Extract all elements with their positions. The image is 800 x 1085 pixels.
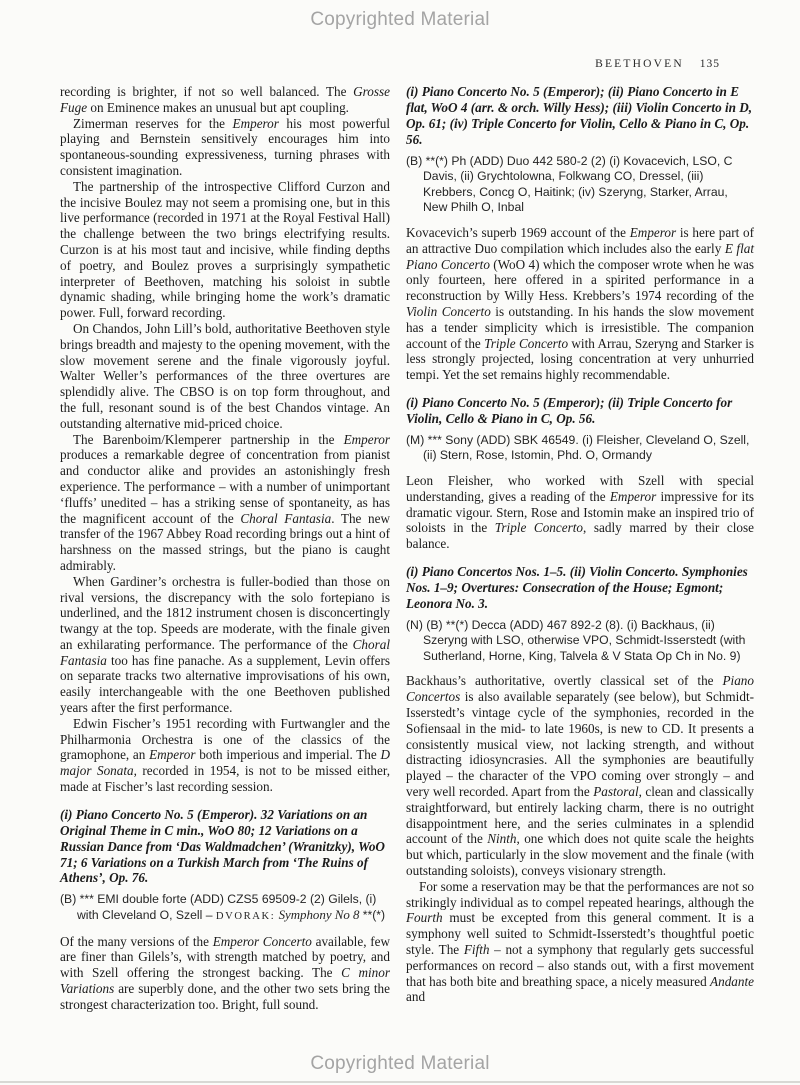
text-run: **(*) (363, 908, 385, 922)
italic-run: Pastoral (593, 784, 638, 799)
italic-run: Choral Fantasia (240, 511, 331, 526)
column-left: recording is brighter, if not so well ba… (60, 84, 390, 1013)
record-entry: (N) (B) **(*) Decca (ADD) 467 892-2 (8).… (406, 618, 754, 665)
copyright-notice-top: Copyrighted Material (0, 9, 800, 31)
text-run: (B) **(*) Ph (ADD) Duo 442 580-2 (2) (i)… (406, 154, 732, 215)
paragraph: Zimerman reserves for the Emperor his mo… (60, 116, 390, 179)
paragraph: Edwin Fischer’s 1951 recording with Furt… (60, 716, 390, 795)
page-edge-line (0, 1081, 800, 1083)
text-run: Of the many versions of the (60, 934, 213, 949)
text-run: (i) Piano Concerto No. 5 (Emperor); (ii)… (406, 395, 732, 426)
record-entry: (M) *** Sony (ADD) SBK 46549. (i) Fleish… (406, 433, 754, 464)
italic-run: Violin Concerto (406, 304, 491, 319)
italic-run: Emperor Concerto (213, 934, 312, 949)
text-run: on Eminence makes an unusual but apt cou… (87, 100, 349, 115)
copyright-notice-bottom: Copyrighted Material (0, 1053, 800, 1075)
italic-run: Triple Concerto (484, 336, 568, 351)
italic-run: Andante (710, 974, 754, 989)
work-heading: (i) Piano Concerto No. 5 (Emperor); (ii)… (406, 84, 754, 148)
paragraph: When Gardiner’s orchestra is fuller-bodi… (60, 574, 390, 716)
page-number: 135 (700, 58, 720, 70)
section-title: BEETHOVEN (595, 58, 684, 70)
text-run: Zimerman reserves for the (73, 116, 233, 131)
book-page: Copyrighted Material BEETHOVEN 135 recor… (0, 0, 800, 1085)
work-heading: (i) Piano Concerto No. 5 (Emperor). 32 V… (60, 807, 390, 887)
text-run: (i) Piano Concertos Nos. 1–5. (ii) Violi… (406, 564, 748, 611)
running-head: BEETHOVEN 135 (595, 58, 720, 70)
text-run: recording is brighter, if not so well ba… (60, 84, 353, 99)
paragraph: recording is brighter, if not so well ba… (60, 84, 390, 116)
paragraph: Of the many versions of the Emperor Conc… (60, 934, 390, 1013)
italic-run: Emperor (344, 432, 390, 447)
text-run: too has fine panache. As a supplement, L… (60, 653, 390, 715)
page-content: recording is brighter, if not so well ba… (60, 84, 754, 1013)
column-right: (i) Piano Concerto No. 5 (Emperor); (ii)… (406, 84, 754, 1013)
italic-run: Ninth (487, 831, 516, 846)
text-run: both imperious and imperial. The (195, 747, 380, 762)
paragraph: Leon Fleisher, who worked with Szell wit… (406, 473, 754, 552)
work-heading: (i) Piano Concerto No. 5 (Emperor); (ii)… (406, 395, 754, 427)
italic-run: Emperor (233, 116, 279, 131)
paragraph: Kovacevich’s superb 1969 account of the … (406, 225, 754, 383)
text-run: Backhaus’s authoritative, overtly classi… (406, 673, 722, 688)
record-entry: (B) *** EMI double forte (ADD) CZS5 6950… (60, 892, 390, 924)
text-run: The Barenboim/Klemperer partnership in t… (73, 432, 344, 447)
text-run: and (406, 989, 425, 1004)
text-run: (i) Piano Concerto No. 5 (Emperor); (ii)… (406, 84, 752, 147)
paragraph: The partnership of the introspective Cli… (60, 179, 390, 321)
text-run: On Chandos, John Lill’s bold, authoritat… (60, 321, 390, 431)
italic-run: Symphony No 8 (275, 908, 362, 922)
paragraph: On Chandos, John Lill’s bold, authoritat… (60, 321, 390, 432)
text-run: For some a reservation may be that the p… (406, 879, 754, 910)
italic-run: Emperor (610, 489, 656, 504)
italic-run: Emperor (149, 747, 195, 762)
text-run: (N) (B) **(*) Decca (ADD) 467 892-2 (8).… (406, 618, 745, 663)
text-run: Kovacevich’s superb 1969 account of the (406, 225, 630, 240)
text-run: The partnership of the introspective Cli… (60, 179, 390, 320)
italic-run: Fourth (406, 910, 443, 925)
paragraph: Backhaus’s authoritative, overtly classi… (406, 673, 754, 878)
text-run: When Gardiner’s orchestra is fuller-bodi… (60, 574, 390, 652)
small-caps-run: DVORAK: (216, 911, 275, 922)
italic-run: Emperor (630, 225, 676, 240)
paragraph: The Barenboim/Klemperer partnership in t… (60, 432, 390, 574)
italic-run: Triple Concerto (495, 520, 583, 535)
italic-run: Fifth (464, 942, 490, 957)
record-entry: (B) **(*) Ph (ADD) Duo 442 580-2 (2) (i)… (406, 154, 754, 216)
text-run: (M) *** Sony (ADD) SBK 46549. (i) Fleish… (406, 433, 749, 463)
paragraph: For some a reservation may be that the p… (406, 879, 754, 1005)
text-run: (i) Piano Concerto No. 5 (Emperor). 32 V… (60, 807, 385, 886)
text-run: is also available separately (see below)… (406, 689, 754, 799)
work-heading: (i) Piano Concertos Nos. 1–5. (ii) Violi… (406, 564, 754, 612)
